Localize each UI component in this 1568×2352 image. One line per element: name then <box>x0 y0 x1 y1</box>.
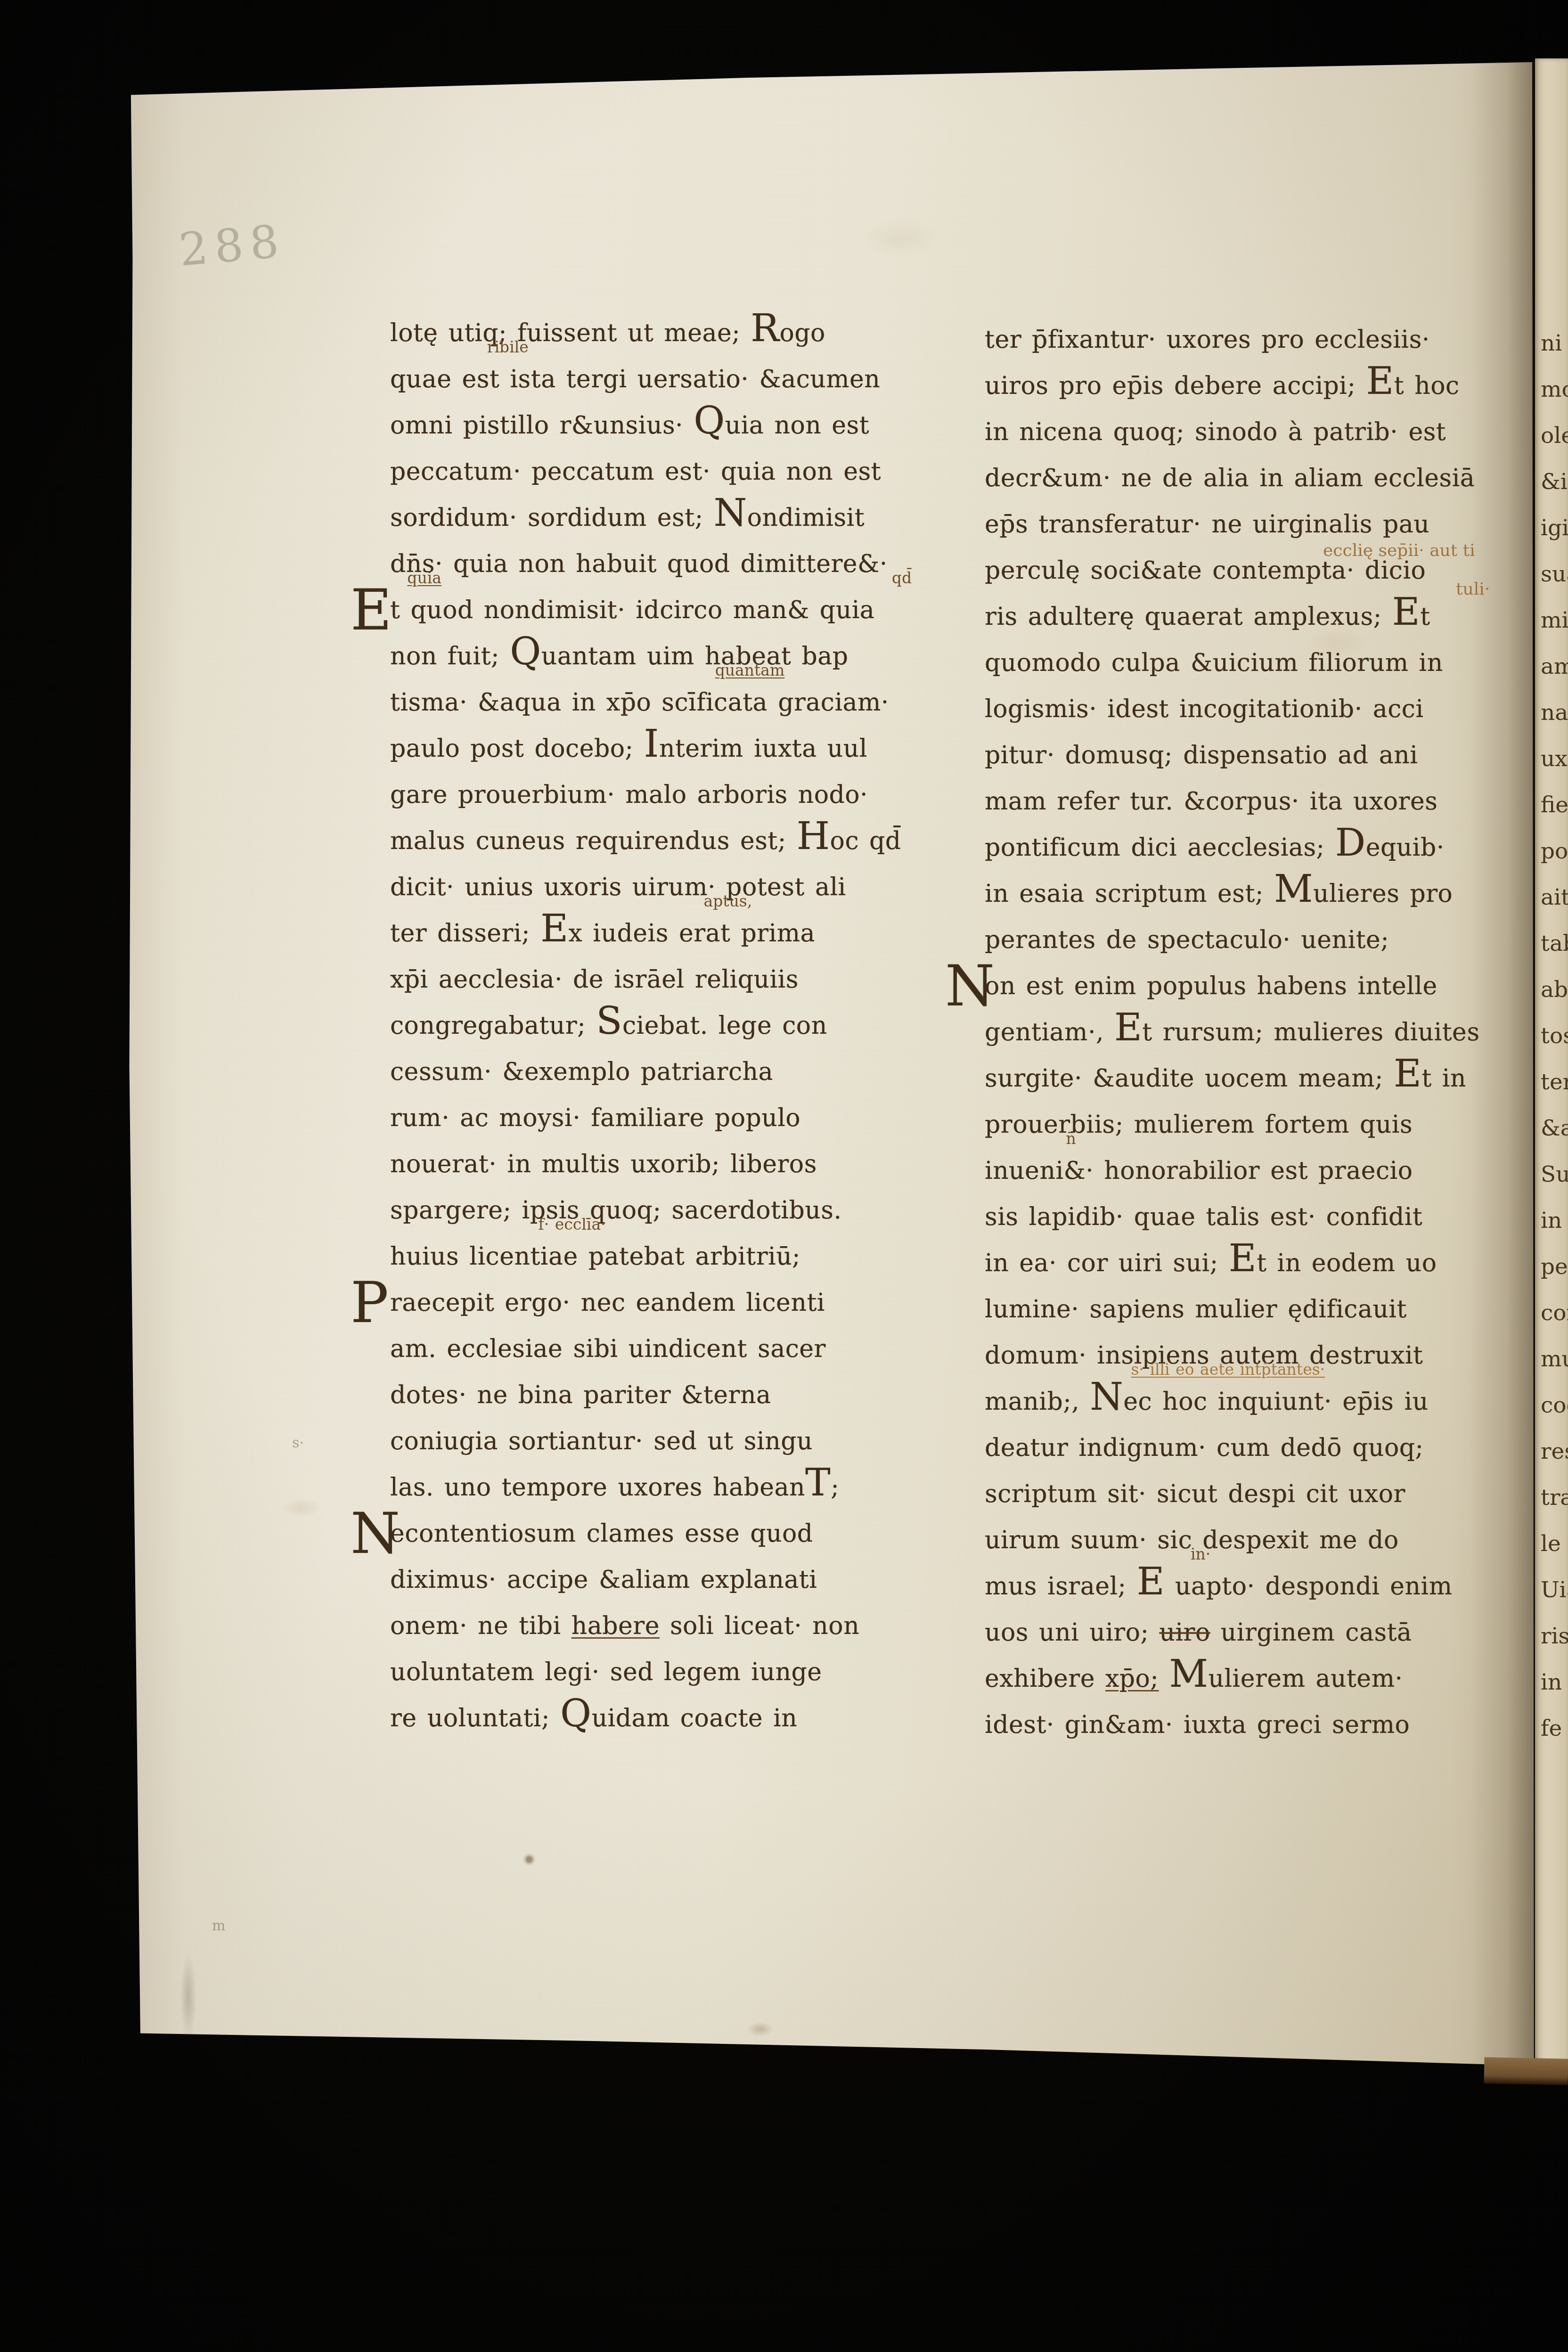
manuscript-line: pontificum dici aecclesias; Dequib· <box>985 825 1527 871</box>
margin-mark: s· <box>292 1435 304 1451</box>
line-text: paulo post docebo; Interim iuxta uul <box>390 735 867 763</box>
line-text: quae est ista tergi uersatio· &acumen <box>390 365 880 393</box>
manuscript-line: logismis· idest incogitationib· acci <box>985 686 1527 732</box>
margin-mark: m <box>212 1918 225 1934</box>
fore-edge-text-fragment: in <box>1535 1659 1568 1706</box>
interlinear-gloss: aptus, <box>704 893 752 909</box>
interlinear-gloss: n̄ <box>1066 1131 1076 1146</box>
line-text: in nicena quoq; sinodo à patrib· est <box>985 418 1446 446</box>
manuscript-line: las. uno tempore uxores habeanT; <box>390 1464 960 1511</box>
manuscript-line: perantes de spectaculo· uenite; <box>985 917 1527 963</box>
manuscript-line: uiros pro ep̄is debere accipi; Et hoc <box>985 363 1527 409</box>
manuscript-line: Non est enim populus habens intelle <box>985 963 1527 1009</box>
manuscript-line: uos uni uiro; uiro uirginem castā <box>985 1609 1527 1656</box>
line-text: exhibere xp̄o; Mulierem autem· <box>985 1665 1403 1693</box>
fore-edge-text-fragment: pos <box>1535 828 1568 874</box>
line-text: ter p̄fixantur· uxores pro ecclesiis· <box>985 326 1430 354</box>
manuscript-line: xp̄i aecclesia· de isrāel reliquiis <box>390 956 960 1003</box>
fore-edge-text-fragment: ris <box>1535 1613 1568 1659</box>
manuscript-line: nouerat· in multis uxorib; liberos <box>390 1141 960 1187</box>
line-text: raecepit ergo· nec eandem licenti <box>390 1289 825 1317</box>
line-text: diximus· accipe &aliam explanati <box>390 1566 817 1594</box>
fore-edge-text-fragment: mu <box>1535 1336 1568 1382</box>
fore-edge-text-fragment: tra <box>1535 1475 1568 1521</box>
line-text: omni pistillo r&unsius· Quia non est <box>390 411 869 440</box>
manuscript-line: ter disseri; Ex iudeis erat primaaptus, <box>390 910 960 956</box>
line-text: pontificum dici aecclesias; Dequib· <box>985 833 1445 862</box>
fore-edge-text-fragment: &a <box>1535 1105 1568 1151</box>
line-text: mus israel; E uapto· despondi enim <box>985 1572 1453 1601</box>
fore-edge-text-fragment: &i <box>1535 459 1568 505</box>
line-text: dicit· unius uxoris uirum· potest ali <box>390 873 846 901</box>
manuscript-line: Necontentiosum clames esse quod <box>390 1511 960 1557</box>
fore-edge-text-fragment: ten <box>1535 1059 1568 1105</box>
manuscript-line: mus israel; E uapto· despondi enimin· <box>985 1563 1527 1609</box>
manuscript-line: in nicena quoq; sinodo à patrib· est <box>985 409 1527 455</box>
manuscript-line: sordidum· sordidum est; Nondimisit <box>390 495 960 541</box>
manuscript-line: Praecepit ergo· nec eandem licenti <box>390 1280 960 1326</box>
manuscript-line: quae est ista tergi uersatio· &acumenrib… <box>390 356 960 402</box>
line-text: idest· gin&am· iuxta greci sermo <box>985 1711 1410 1739</box>
fore-edge-text-fragment: pe <box>1535 1244 1568 1290</box>
manuscript-line: rum· ac moysi· familiare populo <box>390 1095 960 1141</box>
line-text: las. uno tempore uxores habeanT; <box>390 1473 839 1502</box>
interlinear-gloss: qd̄ <box>892 570 912 586</box>
line-text: mam refer tur. &corpus· ita uxores <box>985 787 1437 816</box>
manuscript-line: congregabatur; Sciebat. lege con <box>390 1003 960 1049</box>
fore-edge-top-margin <box>1535 58 1568 320</box>
line-text: rum· ac moysi· familiare populo <box>390 1104 800 1132</box>
folio-number-pencil: 288 <box>177 214 287 276</box>
fore-edge-text-fragment: Uia <box>1535 1567 1568 1613</box>
line-text: manib;, Nec hoc inquiunt· ep̄is iu <box>985 1388 1429 1416</box>
line-text: inueni&· honorabilior est praecio <box>985 1157 1413 1185</box>
photograph-background: 288 lotę utiq; fuissent ut meae; Rogoqua… <box>0 0 1568 2352</box>
interlinear-gloss: s· illi eo aete intp̄tantes· <box>1131 1362 1325 1377</box>
line-text: scriptum sit· sicut despi cit uxor <box>985 1480 1405 1508</box>
fore-edge-text-fragment: uxo <box>1535 736 1568 782</box>
manuscript-line: exhibere xp̄o; Mulierem autem· <box>985 1656 1527 1702</box>
line-text: sis lapidib· quae talis est· confidit <box>985 1203 1422 1231</box>
manuscript-line: tisma· &aqua in xp̄o scīficata graciam·q… <box>390 679 960 726</box>
manuscript-line: idest· gin&am· iuxta greci sermo <box>985 1702 1527 1748</box>
line-text: cessum· &exemplo patriarcha <box>390 1058 773 1086</box>
line-text: nouerat· in multis uxorib; liberos <box>390 1150 817 1178</box>
line-text: re uoluntati; Quidam coacte in <box>390 1704 797 1732</box>
line-text: quomodo culpa &uicium filiorum in <box>985 649 1443 677</box>
fore-edge-text-fragment: fe <box>1535 1706 1568 1752</box>
interlinear-gloss: quia <box>407 570 441 586</box>
manuscript-line: dotes· ne bina pariter &terna <box>390 1372 960 1418</box>
margin-note: ecclię sep̄ii· aut ti tuli· <box>1323 531 1490 609</box>
line-text: am. ecclesiae sibi uindicent sacer <box>390 1335 826 1363</box>
fore-edge-text-fragment: le <box>1535 1521 1568 1567</box>
fore-edge-text-fragment: cog <box>1535 1382 1568 1429</box>
line-text: econtentiosum clames esse quod <box>390 1519 813 1548</box>
line-text: on est enim populus habens intelle <box>985 972 1437 1000</box>
line-text: gentiam·, Et rursum; mulieres diuites <box>985 1018 1480 1046</box>
fore-edge-text-fragment: mi <box>1535 597 1568 644</box>
manuscript-line: dicit· unius uxoris uirum· potest ali <box>390 864 960 910</box>
line-text: lumine· sapiens mulier ędificauit <box>985 1295 1407 1323</box>
fore-edge-text-fragment: igi <box>1535 505 1568 551</box>
manuscript-line: deatur indignum· cum dedō quoq; <box>985 1425 1527 1471</box>
fore-edge-text-fragment: tab <box>1535 921 1568 967</box>
manuscript-line: sis lapidib· quae talis est· confidit <box>985 1194 1527 1240</box>
line-text: in esaia scriptum est; Mulieres pro <box>985 880 1453 908</box>
fore-edge-text-fragment: con <box>1535 1290 1568 1336</box>
line-text: logismis· idest incogitationib· acci <box>985 695 1424 723</box>
line-text: dn̄s· quia non habuit quod dimittere&· <box>390 550 888 578</box>
margin-initial: N <box>351 1506 400 1562</box>
manuscript-line: onem· ne tibi habere soli liceat· non <box>390 1603 960 1649</box>
fore-edge-text-fragment: ait <box>1535 874 1568 921</box>
margin-note-line1: ecclię sep̄ii· aut ti <box>1323 541 1475 560</box>
manuscript-line: gentiam·, Et rursum; mulieres diuites <box>985 1009 1527 1055</box>
line-text: perantes de spectaculo· uenite; <box>985 926 1389 954</box>
line-text: lotę utiq; fuissent ut meae; Rogo <box>390 319 825 347</box>
line-text: prouerbiis; mulierem fortem quis <box>985 1111 1413 1139</box>
line-text: decr&um· ne de alia in aliam ecclesiā <box>985 464 1475 492</box>
manuscript-line: omni pistillo r&unsius· Quia non est <box>390 402 960 449</box>
line-text: onem· ne tibi habere soli liceat· non <box>390 1612 859 1640</box>
fore-edge-text-fragment: Sus <box>1535 1151 1568 1198</box>
margin-initial: P <box>351 1275 389 1331</box>
line-text: sordidum· sordidum est; Nondimisit <box>390 504 865 532</box>
binding-edge <box>1484 2057 1568 2085</box>
fore-edge-text-fragment: mo <box>1535 367 1568 413</box>
next-folio-edge: nimoole&iigisuamiamnaruxofieposaittababa… <box>1535 58 1568 2068</box>
fore-edge-text-fragment: resi <box>1535 1429 1568 1475</box>
manuscript-line: lumine· sapiens mulier ędificauit <box>985 1286 1527 1332</box>
page-fold-shadow <box>1470 61 1537 2069</box>
manuscript-line: quomodo culpa &uicium filiorum in <box>985 640 1527 686</box>
line-text: deatur indignum· cum dedō quoq; <box>985 1434 1424 1462</box>
line-text: gare prouerbium· malo arboris nodo· <box>390 781 868 809</box>
line-text: ter disseri; Ex iudeis erat prima <box>390 919 815 947</box>
manuscript-line: mam refer tur. &corpus· ita uxores <box>985 778 1527 825</box>
line-text: uiros pro ep̄is debere accipi; Et hoc <box>985 372 1460 400</box>
line-text: malus cuneus requirendus est; Hoc qd̄ <box>390 827 901 855</box>
manuscript-line: manib;, Nec hoc inquiunt· ep̄is ius· ill… <box>985 1379 1527 1425</box>
line-text: uos uni uiro; uiro uirginem castā <box>985 1618 1412 1647</box>
manuscript-line: paulo post docebo; Interim iuxta uul <box>390 726 960 772</box>
manuscript-line: coniugia sortiantur· sed ut singu <box>390 1418 960 1464</box>
line-text: congregabatur; Sciebat. lege con <box>390 1012 827 1040</box>
manuscript-line: malus cuneus requirendus est; Hoc qd̄ <box>390 818 960 864</box>
manuscript-line: decr&um· ne de alia in aliam ecclesiā <box>985 455 1527 501</box>
fore-edge-text-fragment: ni <box>1535 320 1568 367</box>
margin-initial: E <box>351 582 392 639</box>
interlinear-gloss: in· <box>1191 1546 1210 1562</box>
fore-edge-text-fragment: nar <box>1535 690 1568 736</box>
line-text: dotes· ne bina pariter &terna <box>390 1381 771 1409</box>
line-text: xp̄i aecclesia· de isrāel reliquiis <box>390 965 799 994</box>
manuscript-line: spargere; ipsis quoq; sacerdotibus. <box>390 1187 960 1233</box>
manuscript-line: uoluntatem legi· sed legem iunge <box>390 1649 960 1695</box>
manuscript-line: in esaia scriptum est; Mulieres pro <box>985 871 1527 917</box>
line-text: tisma· &aqua in xp̄o scīficata graciam· <box>390 688 889 717</box>
fore-edge-text-fragment: aba <box>1535 967 1568 1013</box>
manuscript-line: re uoluntati; Quidam coacte in <box>390 1695 960 1741</box>
manuscript-line: in ea· cor uiri sui; Et in eodem uo <box>985 1240 1527 1286</box>
line-text: peccatum· peccatum est· quia non est <box>390 457 881 486</box>
fore-edge-text-fragment: in <box>1535 1198 1568 1244</box>
manuscript-page: 288 lotę utiq; fuissent ut meae; Rogoqua… <box>126 57 1535 2078</box>
manuscript-line: scriptum sit· sicut despi cit uxor <box>985 1471 1527 1517</box>
fore-edge-text-fragment: tos <box>1535 1013 1568 1059</box>
line-text: in ea· cor uiri sui; Et in eodem uo <box>985 1249 1437 1277</box>
manuscript-line: am. ecclesiae sibi uindicent sacer <box>390 1326 960 1372</box>
manuscript-line: inueni&· honorabilior est praecion̄ <box>985 1148 1527 1194</box>
line-text: spargere; ipsis quoq; sacerdotibus. <box>390 1196 842 1225</box>
line-text: coniugia sortiantur· sed ut singu <box>390 1427 813 1455</box>
manuscript-line: uirum suum· sic despexit me do <box>985 1517 1527 1563</box>
manuscript-line: non fuit; Quantam uim habeat bap <box>390 633 960 679</box>
manuscript-line: lotę utiq; fuissent ut meae; Rogo <box>390 310 960 356</box>
manuscript-line: cessum· &exemplo patriarcha <box>390 1049 960 1095</box>
manuscript-line: ter p̄fixantur· uxores pro ecclesiis· <box>985 317 1527 363</box>
interlinear-gloss: ribile <box>487 339 529 355</box>
fore-edge-text-fragment: am <box>1535 644 1568 690</box>
line-text: uoluntatem legi· sed legem iunge <box>390 1658 822 1686</box>
manuscript-line: Et quod nondimisit· idcirco man& quiaqui… <box>390 587 960 633</box>
fore-edge-text-fragment: ole <box>1535 413 1568 459</box>
manuscript-line: huius licentiae patebat arbitriū;f· eccl… <box>390 1233 960 1280</box>
line-text: pitur· domusq; dispensatio ad ani <box>985 741 1418 769</box>
text-column-left: lotę utiq; fuissent ut meae; Rogoquae es… <box>390 310 960 1741</box>
manuscript-line: surgite· &audite uocem meam; Et in <box>985 1055 1527 1102</box>
line-text: t quod nondimisit· idcirco man& quia <box>390 596 874 624</box>
manuscript-line: gare prouerbium· malo arboris nodo· <box>390 772 960 818</box>
manuscript-line: dn̄s· quia non habuit quod dimittere&· <box>390 541 960 587</box>
interlinear-gloss: quantam <box>715 662 785 678</box>
line-text: huius licentiae patebat arbitriū; <box>390 1242 800 1271</box>
line-text: surgite· &audite uocem meam; Et in <box>985 1064 1466 1093</box>
fore-edge-text-fragment: fie <box>1535 782 1568 828</box>
margin-initial: N <box>945 958 995 1015</box>
manuscript-line: peccatum· peccatum est· quia non est <box>390 449 960 495</box>
manuscript-line: pitur· domusq; dispensatio ad ani <box>985 732 1527 778</box>
manuscript-line: diximus· accipe &aliam explanati <box>390 1557 960 1603</box>
fore-edge-text-fragment: sua <box>1535 551 1568 597</box>
interlinear-gloss: f· ecclīa· <box>539 1217 606 1232</box>
